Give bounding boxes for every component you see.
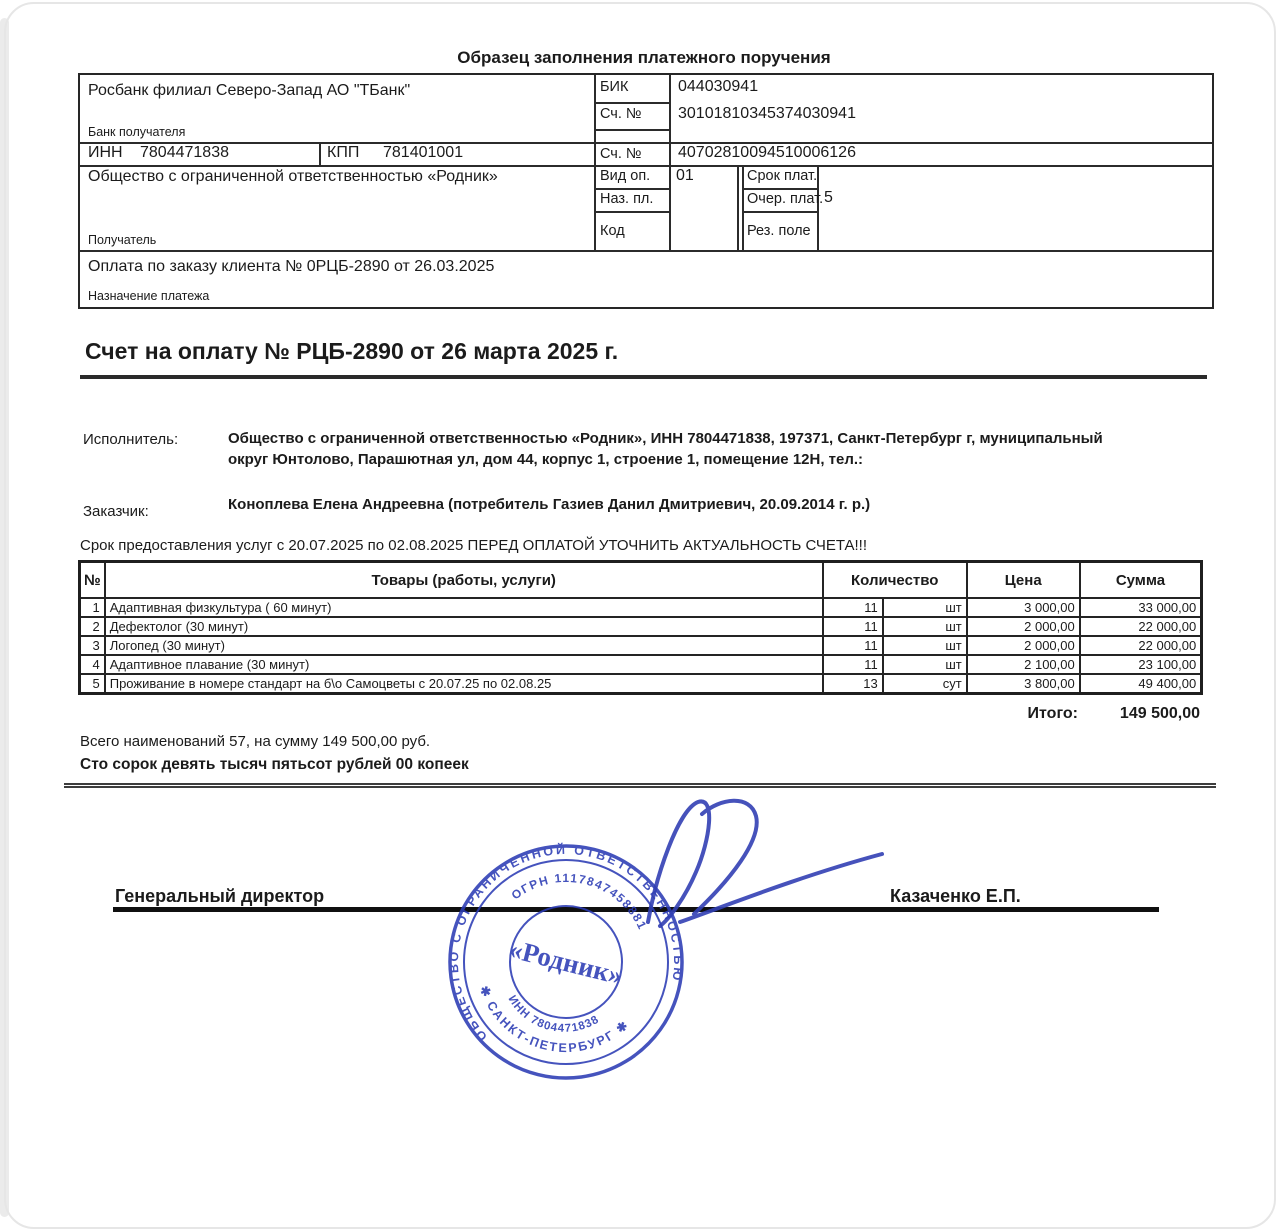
- row-sum: 49 400,00: [1080, 674, 1202, 694]
- receiver-label: Получатель: [88, 233, 156, 247]
- row-qty: 13: [823, 674, 883, 694]
- items-summary: Всего наименований 57, на сумму 149 500,…: [80, 733, 430, 750]
- row-num: 5: [80, 674, 105, 694]
- grid-line: [80, 250, 1212, 252]
- row-unit: шт: [883, 636, 967, 655]
- executor-value: Общество с ограниченной ответственностью…: [228, 428, 1143, 470]
- col-price: Цена: [967, 562, 1080, 599]
- row-sum: 33 000,00: [1080, 598, 1202, 617]
- items-table: № Товары (работы, услуги) Количество Цен…: [78, 560, 1203, 695]
- bik-label: БИК: [600, 79, 628, 95]
- customer-label: Заказчик:: [83, 503, 149, 520]
- grid-line: [669, 75, 671, 250]
- kpp-value: 781401001: [383, 144, 463, 162]
- grid-line: [594, 129, 669, 131]
- acc-value: 40702810094510006126: [678, 144, 856, 162]
- payment-order-table: Росбанк филиал Северо-Запад АО "ТБанк" Б…: [78, 73, 1214, 309]
- row-price: 3 800,00: [967, 674, 1080, 694]
- row-num: 4: [80, 655, 105, 674]
- bank-label: Банк получателя: [88, 125, 185, 139]
- table-row: 3 Логопед (30 минут) 11 шт 2 000,00 22 0…: [80, 636, 1202, 655]
- table-row: 2 Дефектолог (30 минут) 11 шт 2 000,00 2…: [80, 617, 1202, 636]
- row-unit: сут: [883, 674, 967, 694]
- grid-line: [817, 165, 819, 250]
- grid-line: [594, 188, 669, 190]
- stamp-center-text: «Родник»: [506, 933, 626, 990]
- purpose-label: Назначение платежа: [88, 289, 209, 303]
- row-item: Проживание в номере стандарт на б\о Само…: [105, 674, 823, 694]
- grid-line: [742, 188, 819, 190]
- col-qty: Количество: [823, 562, 967, 599]
- row-sum: 22 000,00: [1080, 617, 1202, 636]
- grid-line: [319, 142, 321, 165]
- srok-plat-label: Срок плат.: [747, 168, 817, 184]
- inn-label: ИНН: [88, 144, 123, 162]
- grid-line: [594, 211, 669, 213]
- executor-label: Исполнитель:: [83, 431, 178, 448]
- acc-label: Сч. №: [600, 146, 641, 162]
- grid-line: [742, 165, 744, 250]
- row-qty: 11: [823, 636, 883, 655]
- bik-value: 044030941: [678, 78, 758, 96]
- row-sum: 22 000,00: [1080, 636, 1202, 655]
- grid-line: [594, 75, 596, 250]
- period-note: Срок предоставления услуг с 20.07.2025 п…: [80, 537, 867, 554]
- row-qty: 11: [823, 655, 883, 674]
- row-item: Адаптивное плавание (30 минут): [105, 655, 823, 674]
- inn-value: 7804471838: [140, 144, 229, 162]
- payment-purpose: Оплата по заказу клиента № 0РЦБ-2890 от …: [88, 258, 494, 276]
- items-header-row: № Товары (работы, услуги) Количество Цен…: [80, 562, 1202, 599]
- col-num: №: [80, 562, 105, 599]
- grid-line: [80, 165, 1212, 167]
- receiver-name: Общество с ограниченной ответственностью…: [88, 168, 588, 186]
- row-unit: шт: [883, 598, 967, 617]
- vid-op-value: 01: [676, 167, 694, 185]
- vid-op-label: Вид оп.: [600, 168, 650, 184]
- naz-pl-label: Наз. пл.: [600, 191, 653, 207]
- row-price: 2 100,00: [967, 655, 1080, 674]
- bank-name: Росбанк филиал Северо-Запад АО "ТБанк": [88, 82, 410, 100]
- grid-line: [594, 102, 669, 104]
- sample-title: Образец заполнения платежного поручения: [78, 48, 1210, 68]
- amount-in-words: Сто сорок девять тысяч пятьсот рублей 00…: [80, 756, 469, 774]
- row-unit: шт: [883, 655, 967, 674]
- row-num: 2: [80, 617, 105, 636]
- photo-left-edge: [0, 18, 9, 1217]
- row-item: Логопед (30 минут): [105, 636, 823, 655]
- customer-value: Коноплева Елена Андреевна (потребитель Г…: [228, 496, 1158, 513]
- grid-line: [737, 165, 739, 250]
- col-sum: Сумма: [1080, 562, 1202, 599]
- row-item: Адаптивная физкультура ( 60 минут): [105, 598, 823, 617]
- row-num: 1: [80, 598, 105, 617]
- row-item: Дефектолог (30 минут): [105, 617, 823, 636]
- grid-line: [80, 142, 1212, 144]
- row-price: 3 000,00: [967, 598, 1080, 617]
- total-value: 149 500,00: [1007, 705, 1200, 723]
- kod-label: Код: [600, 223, 625, 239]
- row-sum: 23 100,00: [1080, 655, 1202, 674]
- corr-acc-label: Сч. №: [600, 106, 641, 122]
- table-row: 5 Проживание в номере стандарт на б\о Са…: [80, 674, 1202, 694]
- corr-acc-value: 30101810345374030941: [678, 105, 856, 123]
- ocher-plat-label: Очер. плат.: [747, 191, 823, 207]
- row-price: 2 000,00: [967, 617, 1080, 636]
- row-unit: шт: [883, 617, 967, 636]
- signature-stroke: [680, 854, 882, 922]
- kpp-label: КПП: [327, 144, 359, 162]
- rez-pole-label: Рез. поле: [747, 223, 811, 239]
- director-title: Генеральный директор: [115, 886, 324, 907]
- row-qty: 11: [823, 617, 883, 636]
- grid-line: [742, 211, 819, 213]
- ocher-plat-value: 5: [824, 189, 833, 207]
- invoice-heading: Счет на оплату № РЦБ-2890 от 26 марта 20…: [85, 338, 618, 365]
- handwritten-signature: [560, 780, 920, 940]
- table-row: 1 Адаптивная физкультура ( 60 минут) 11 …: [80, 598, 1202, 617]
- row-qty: 11: [823, 598, 883, 617]
- row-num: 3: [80, 636, 105, 655]
- col-item: Товары (работы, услуги): [105, 562, 823, 599]
- row-price: 2 000,00: [967, 636, 1080, 655]
- heading-underline: [80, 375, 1207, 379]
- table-row: 4 Адаптивное плавание (30 минут) 11 шт 2…: [80, 655, 1202, 674]
- invoice-document: Образец заполнения платежного поручения …: [0, 0, 1280, 1231]
